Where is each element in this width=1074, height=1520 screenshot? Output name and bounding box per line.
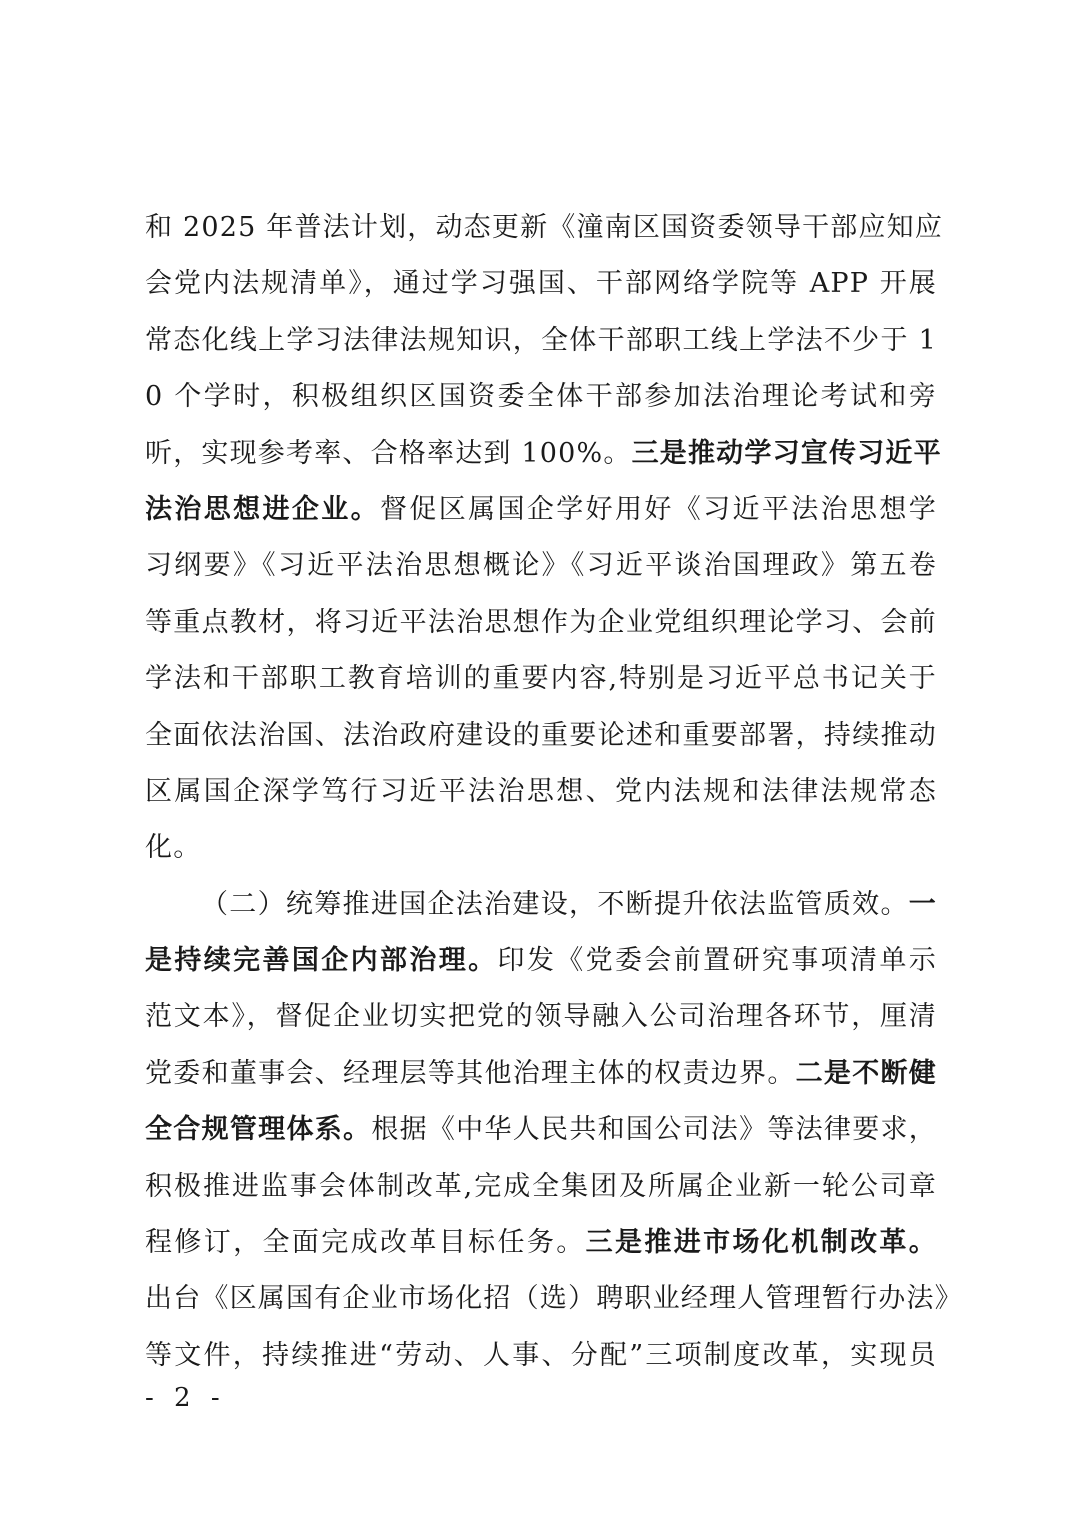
- body-text-segment: 区属国企深学笃行习近平法治思想、党内法规和法律法规常态: [145, 776, 937, 807]
- text-line: 程修订，全面完成改革目标任务。三是推进市场化机制改革。: [145, 1215, 937, 1271]
- page-number: - 2 -: [145, 1380, 226, 1416]
- text-line: 学法和干部职工教育培训的重要内容,特别是习近平总书记关于: [145, 651, 937, 707]
- text-line: 常态化线上学习法律法规知识，全体干部职工线上学法不少于 1: [145, 313, 937, 369]
- text-line: 等重点教材，将习近平法治思想作为企业党组织理论学习、会前: [145, 595, 937, 651]
- body-text-segment: 等文件，持续推进“劳动、人事、分配”三项制度改革，实现员: [145, 1340, 937, 1371]
- body-text-segment: 0 个学时，积极组织区国资委全体干部参加法治理论考试和旁: [145, 381, 937, 412]
- text-line: 和 2025 年普法计划，动态更新《潼南区国资委领导干部应知应: [145, 200, 937, 256]
- bold-heading-text: 法治思想进企业。: [145, 494, 380, 525]
- bold-heading-text: 是持续完善国企内部治理。: [145, 945, 498, 976]
- body-text-segment: 常态化线上学习法律法规知识，全体干部职工线上学法不少于 1: [145, 325, 937, 356]
- text-line: 出台《区属国有企业市场化招（选）聘职业经理人管理暂行办法》: [145, 1271, 937, 1327]
- text-line: 听，实现参考率、合格率达到 100%。三是推动学习宣传习近平: [145, 426, 937, 482]
- body-text-segment: 积极推进监事会体制改革,完成全集团及所属企业新一轮公司章: [145, 1171, 937, 1202]
- body-text-segment: 督促区属国企学好用好《习近平法治思想学: [380, 494, 937, 525]
- bold-heading-text: 三是推动学习宣传习近平: [632, 438, 942, 469]
- body-text-segment: 等重点教材，将习近平法治思想作为企业党组织理论学习、会前: [145, 607, 937, 638]
- text-line: 等文件，持续推进“劳动、人事、分配”三项制度改革，实现员: [145, 1328, 937, 1384]
- body-text-segment: 和 2025 年普法计划，动态更新《潼南区国资委领导干部应知应: [145, 212, 943, 243]
- body-text-segment: 习纲要》《习近平法治思想概论》《习近平谈治国理政》第五卷: [145, 550, 937, 581]
- text-line: （二）统筹推进国企法治建设，不断提升依法监管质效。一: [145, 877, 937, 933]
- text-line: 全面依法治国、法治政府建设的重要论述和重要部署，持续推动: [145, 708, 937, 764]
- body-text-segment: 根据《中华人民共和国公司法》等法律要求，: [371, 1114, 937, 1145]
- bold-heading-text: 一: [909, 889, 937, 920]
- body-text-segment: （二）统筹推进国企法治建设，不断提升依法监管质效。: [201, 889, 909, 920]
- text-line: 0 个学时，积极组织区国资委全体干部参加法治理论考试和旁: [145, 369, 937, 425]
- text-line: 法治思想进企业。督促区属国企学好用好《习近平法治思想学: [145, 482, 937, 538]
- body-text-segment: 会党内法规清单》，通过学习强国、干部网络学院等 APP 开展: [145, 268, 937, 299]
- bold-heading-text: 三是推进市场化机制改革。: [586, 1227, 937, 1258]
- text-line: 是持续完善国企内部治理。印发《党委会前置研究事项清单示: [145, 933, 937, 989]
- text-line: 习纲要》《习近平法治思想概论》《习近平谈治国理政》第五卷: [145, 538, 937, 594]
- body-text: 和 2025 年普法计划，动态更新《潼南区国资委领导干部应知应会党内法规清单》，…: [145, 200, 937, 1384]
- text-line: 党委和董事会、经理层等其他治理主体的权责边界。二是不断健: [145, 1046, 937, 1102]
- text-line: 化。: [145, 820, 937, 876]
- body-text-segment: 印发《党委会前置研究事项清单示: [498, 945, 937, 976]
- body-text-segment: 范文本》，督促企业切实把党的领导融入公司治理各环节，厘清: [145, 1001, 937, 1032]
- body-text-segment: 听，实现参考率、合格率达到 100%。: [145, 438, 632, 469]
- body-text-segment: 程修订，全面完成改革目标任务。: [145, 1227, 586, 1258]
- body-text-segment: 学法和干部职工教育培训的重要内容,特别是习近平总书记关于: [145, 663, 937, 694]
- body-text-segment: 出台《区属国有企业市场化招（选）聘职业经理人管理暂行办法》: [145, 1283, 963, 1314]
- document-page: 和 2025 年普法计划，动态更新《潼南区国资委领导干部应知应会党内法规清单》，…: [0, 0, 1074, 1520]
- bold-heading-text: 二是不断健: [796, 1058, 937, 1089]
- text-line: 区属国企深学笃行习近平法治思想、党内法规和法律法规常态: [145, 764, 937, 820]
- text-line: 全合规管理体系。根据《中华人民共和国公司法》等法律要求，: [145, 1102, 937, 1158]
- body-text-segment: 化。: [145, 832, 201, 863]
- text-line: 范文本》，督促企业切实把党的领导融入公司治理各环节，厘清: [145, 989, 937, 1045]
- text-line: 积极推进监事会体制改革,完成全集团及所属企业新一轮公司章: [145, 1159, 937, 1215]
- bold-heading-text: 全合规管理体系。: [145, 1114, 371, 1145]
- text-line: 会党内法规清单》，通过学习强国、干部网络学院等 APP 开展: [145, 256, 937, 312]
- body-text-segment: 党委和董事会、经理层等其他治理主体的权责边界。: [145, 1058, 796, 1089]
- body-text-segment: 全面依法治国、法治政府建设的重要论述和重要部署，持续推动: [145, 720, 937, 751]
